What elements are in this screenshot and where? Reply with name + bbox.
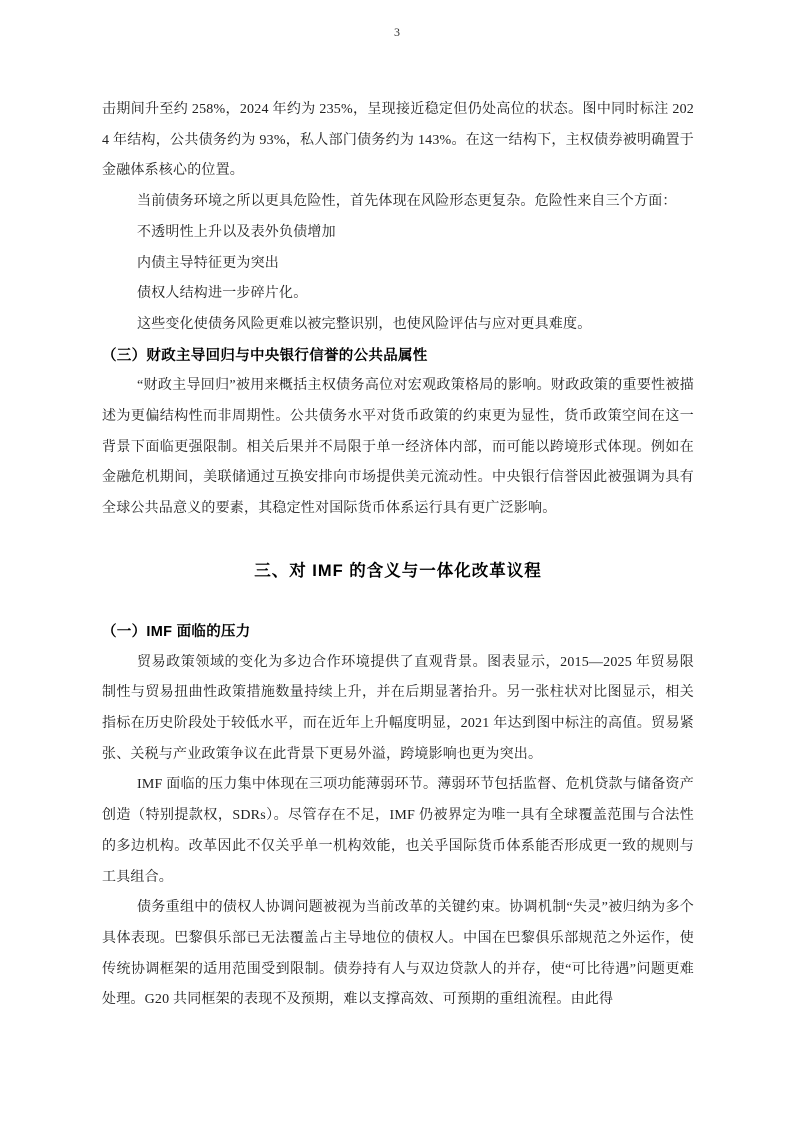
paragraph-imf-weak-functions: IMF 面临的压力集中体现在三项功能薄弱环节。薄弱环节包括监督、危机贷款与储备资… — [102, 770, 694, 893]
paragraph-trade-policy: 贸易政策领域的变化为多边合作环境提供了直观背景。图表显示，2015—2025 年… — [102, 648, 694, 771]
document-text-block: 击期间升至约 258%，2024 年约为 235%，呈现接近稳定但仍处高位的状态… — [102, 0, 694, 1016]
paragraph-fiscal-dominance: “财政主导回归”被用来概括主权债务高位对宏观政策格局的影响。财政政策的重要性被描… — [102, 371, 694, 525]
list-item-domestic-debt: 内债主导特征更为突出 — [102, 249, 694, 280]
section-heading-fiscal-dominance: （三）财政主导回归与中央银行信誉的公共品属性 — [102, 341, 694, 372]
list-item-opacity-rising: 不透明性上升以及表外负债增加 — [102, 218, 694, 249]
paragraph-risk-intro: 当前债务环境之所以更具危险性，首先体现在风险形态更复杂。危险性来自三个方面： — [102, 187, 694, 218]
list-item-creditor-fragmentation: 债权人结构进一步碎片化。 — [102, 279, 694, 310]
paragraph-debt-levels-continuation: 击期间升至约 258%，2024 年约为 235%，呈现接近稳定但仍处高位的状态… — [102, 95, 694, 187]
section-heading-imf-pressure: （一）IMF 面临的压力 — [102, 617, 694, 648]
paragraph-risk-conclusion: 这些变化使债务风险更难以被完整识别，也使风险评估与应对更具难度。 — [102, 310, 694, 341]
paragraph-debt-restructuring: 债务重组中的债权人协调问题被视为当前改革的关键约束。协调机制“失灵”被归纳为多个… — [102, 893, 694, 1016]
chapter-heading-imf-reform: 三、对 IMF 的含义与一体化改革议程 — [102, 556, 694, 587]
document-page: 击期间升至约 258%，2024 年约为 235%，呈现接近稳定但仍处高位的状态… — [0, 0, 794, 1123]
